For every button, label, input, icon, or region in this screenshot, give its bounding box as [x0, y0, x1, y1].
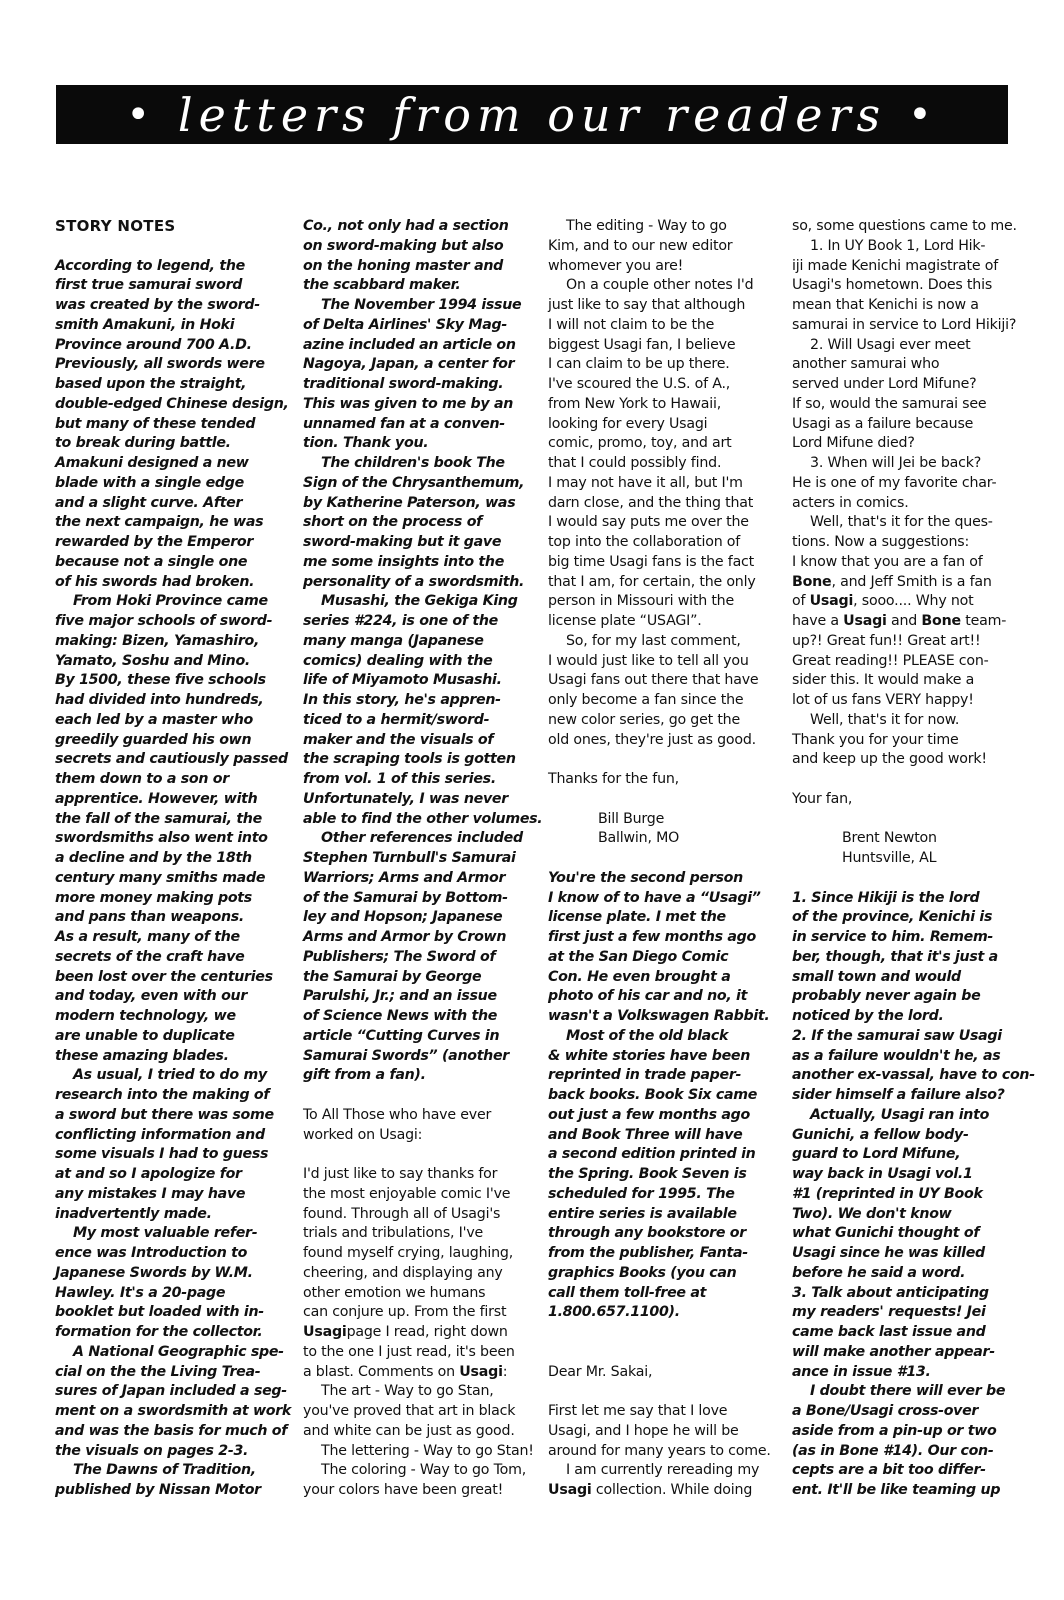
text-line: ence was Introduction to	[55, 1244, 291, 1264]
bold-text: Bone	[921, 613, 960, 629]
text-line: that I could possibly find.	[548, 454, 784, 474]
text-line: The coloring - Way to go Tom,	[303, 1461, 539, 1481]
text-line: sword-making but it gave	[303, 533, 539, 553]
text-line: Actually, Usagi ran into	[792, 1106, 1028, 1126]
text-line: ent. It'll be like teaming up	[792, 1481, 1028, 1501]
text-line: Province around 700 A.D.	[55, 336, 291, 356]
text-line: The children's book The	[303, 454, 539, 474]
text-line: any mistakes I may have	[55, 1185, 291, 1205]
text-line: trials and tribulations, I've	[303, 1224, 539, 1244]
text-line: Most of the old black	[548, 1027, 784, 1047]
text-line: Musashi, the Gekiga King	[303, 592, 539, 612]
text-line: the scraping tools is gotten	[303, 750, 539, 770]
bold-text: Usagi	[810, 593, 854, 609]
text-line: ley and Hopson; Japanese	[303, 908, 539, 928]
text-line: Parulshi, Jr.; and an issue	[303, 987, 539, 1007]
text-line: the visuals on pages 2-3.	[55, 1442, 291, 1462]
spacer	[548, 1323, 784, 1343]
text-line: and Book Three will have	[548, 1126, 784, 1146]
page-title: letters from our readers	[178, 88, 886, 142]
text-line: greedily guarded his own	[55, 731, 291, 751]
text-line: a second edition printed in	[548, 1145, 784, 1165]
text-line: some visuals I had to guess	[55, 1145, 291, 1165]
text-fragment: , and Jeff Smith is a fan	[831, 574, 991, 590]
text-line: Warriors; Arms and Armor	[303, 869, 539, 889]
story-notes-body: According to legend, thefirst true samur…	[55, 257, 291, 1501]
text-line: through any bookstore or	[548, 1224, 784, 1244]
text-line: to the one I just read, it's been	[303, 1343, 539, 1363]
text-line: Publishers; The Sword of	[303, 948, 539, 968]
text-line: and a slight curve. After	[55, 494, 291, 514]
text-line: the fall of the samurai, the	[55, 810, 291, 830]
text-line: you've proved that art in black	[303, 1402, 539, 1422]
text-line: Usagi as a failure because	[792, 415, 1028, 435]
text-line: on sword-making but also	[303, 237, 539, 257]
text-line: from vol. 1 of this series.	[303, 770, 539, 790]
text-line: I would just like to tell all you	[548, 652, 784, 672]
text-line: and was the basis for much of	[55, 1422, 291, 1442]
letter-2-body: First let me say that I loveUsagi, and I…	[548, 1402, 784, 1501]
text-line: Sign of the Chrysanthemum,	[303, 474, 539, 494]
text-line: Amakuni designed a new	[55, 454, 291, 474]
text-line: secrets and cautiously passed	[55, 750, 291, 770]
text-line: at the San Diego Comic	[548, 948, 784, 968]
text-line: your colors have been great!	[303, 1481, 539, 1501]
signature-location: Huntsville, AL	[792, 849, 1028, 869]
text-line: aside from a pin-up or two	[792, 1422, 1028, 1442]
page-title-banner: • letters from our readers •	[56, 85, 1008, 144]
text-line: Usagi collection. While doing	[548, 1481, 784, 1501]
spacer	[548, 1382, 784, 1402]
text-line: According to legend, the	[55, 257, 291, 277]
text-line: entire series is available	[548, 1205, 784, 1225]
text-line: modern technology, we	[55, 1007, 291, 1027]
text-line: blade with a single edge	[55, 474, 291, 494]
text-line: can conjure up. From the first	[303, 1303, 539, 1323]
text-line: Unfortunately, I was never	[303, 790, 539, 810]
text-line: I can claim to be up there.	[548, 355, 784, 375]
text-line: Stephen Turnbull's Samurai	[303, 849, 539, 869]
text-line: the next campaign, he was	[55, 513, 291, 533]
text-line: published by Nissan Motor	[55, 1481, 291, 1501]
text-line: and keep up the good work!	[792, 750, 1028, 770]
text-line: reprinted in trade paper-	[548, 1066, 784, 1086]
text-line: ber, though, that it's just a	[792, 948, 1028, 968]
text-line: was created by the sword-	[55, 296, 291, 316]
text-fragment: page I read, right down	[347, 1324, 508, 1340]
text-line: to break during battle.	[55, 434, 291, 454]
text-line: I'd just like to say thanks for	[303, 1165, 539, 1185]
spacer	[792, 810, 1028, 830]
text-line: If so, would the samurai see	[792, 395, 1028, 415]
text-line: The lettering - Way to go Stan!	[303, 1442, 539, 1462]
text-line: first just a few months ago	[548, 928, 784, 948]
text-line: will make another appear-	[792, 1343, 1028, 1363]
text-line: at and so I apologize for	[55, 1165, 291, 1185]
text-line: five major schools of sword-	[55, 612, 291, 632]
text-line: series #224, is one of the	[303, 612, 539, 632]
text-line: 3. Talk about anticipating	[792, 1284, 1028, 1304]
text-line: as a failure wouldn't he, as	[792, 1047, 1028, 1067]
text-line: 1.800.657.1100).	[548, 1303, 784, 1323]
text-line: I would say puts me over the	[548, 513, 784, 533]
text-line: license plate “USAGI”.	[548, 612, 784, 632]
column-4: so, some questions came to me.1. In UY B…	[792, 217, 1028, 1501]
text-line: so, some questions came to me.	[792, 217, 1028, 237]
letter-salutation: Dear Mr. Sakai,	[548, 1363, 784, 1383]
letter-salutation: To All Those who have ever	[303, 1106, 539, 1126]
text-line: around for many years to come.	[548, 1442, 784, 1462]
text-line: #1 (reprinted in UY Book	[792, 1185, 1028, 1205]
spacer	[548, 849, 784, 869]
text-line: This was given to me by an	[303, 395, 539, 415]
letter-closing: Your fan,	[792, 790, 1028, 810]
text-line: just like to say that although	[548, 296, 784, 316]
text-line: By 1500, these five schools	[55, 671, 291, 691]
text-line: Usagi since he was killed	[792, 1244, 1028, 1264]
text-line: sider this. It would make a	[792, 671, 1028, 691]
text-line: Great reading!! PLEASE con-	[792, 652, 1028, 672]
text-line: Usagi fans out there that have	[548, 671, 784, 691]
text-line: sider himself a failure also?	[792, 1086, 1028, 1106]
text-line: darn close, and the thing that	[548, 494, 784, 514]
editor-reply-1: You're the second personI know of to hav…	[548, 869, 784, 1323]
letter-1-body: I'd just like to say thanks forthe most …	[303, 1165, 539, 1501]
text-line: iji made Kenichi magistrate of	[792, 257, 1028, 277]
text-line: From Hoki Province came	[55, 592, 291, 612]
text-line: I am currently rereading my	[548, 1461, 784, 1481]
text-line: license plate. I met the	[548, 908, 784, 928]
text-line: My most valuable refer-	[55, 1224, 291, 1244]
text-line: cheering, and displaying any	[303, 1264, 539, 1284]
text-line: more money making pots	[55, 889, 291, 909]
text-line: As usual, I tried to do my	[55, 1066, 291, 1086]
text-line: of his swords had broken.	[55, 573, 291, 593]
text-line: before he said a word.	[792, 1264, 1028, 1284]
text-line: Other references included	[303, 829, 539, 849]
signature-name: Brent Newton	[792, 829, 1028, 849]
text-line: are unable to duplicate	[55, 1027, 291, 1047]
bold-text: Bone	[792, 574, 831, 590]
text-line: article “Cutting Curves in	[303, 1027, 539, 1047]
text-line: First let me say that I love	[548, 1402, 784, 1422]
text-line: based upon the straight,	[55, 375, 291, 395]
text-line: acters in comics.	[792, 494, 1028, 514]
text-line: old ones, they're just as good.	[548, 731, 784, 751]
text-line: lot of us fans VERY happy!	[792, 691, 1028, 711]
text-line: by Katherine Paterson, was	[303, 494, 539, 514]
text-fragment: of	[792, 593, 810, 609]
text-line: As a result, many of the	[55, 928, 291, 948]
text-line: samurai in service to Lord Hikiji?	[792, 316, 1028, 336]
text-line: ment on a swordsmith at work	[55, 1402, 291, 1422]
text-line: I doubt there will ever be	[792, 1382, 1028, 1402]
text-line: In this story, he's appren-	[303, 691, 539, 711]
text-line: that I am, for certain, the only	[548, 573, 784, 593]
text-line: graphics Books (you can	[548, 1264, 784, 1284]
text-line: I've scoured the U.S. of A.,	[548, 375, 784, 395]
text-line: sures of Japan included a seg-	[55, 1382, 291, 1402]
bold-text: Usagi	[548, 1482, 592, 1498]
letter-closing: Thanks for the fun,	[548, 770, 784, 790]
text-line: and pans than weapons.	[55, 908, 291, 928]
text-line: mean that Kenichi is now a	[792, 296, 1028, 316]
text-line: traditional sword-making.	[303, 375, 539, 395]
text-line: Arms and Armor by Crown	[303, 928, 539, 948]
text-line: the Spring. Book Seven is	[548, 1165, 784, 1185]
text-line: another samurai who	[792, 355, 1028, 375]
text-line: research into the making of	[55, 1086, 291, 1106]
text-line: century many smiths made	[55, 869, 291, 889]
text-line: and today, even with our	[55, 987, 291, 1007]
text-line: cepts are a bit too differ-	[792, 1461, 1028, 1481]
text-line: in service to him. Remem-	[792, 928, 1028, 948]
text-line: Nagoya, Japan, a center for	[303, 355, 539, 375]
letter-1-continued: The editing - Way to goKim, and to our n…	[548, 217, 784, 750]
signature-name: Bill Burge	[548, 810, 784, 830]
spacer	[548, 1343, 784, 1363]
text-line: person in Missouri with the	[548, 592, 784, 612]
text-fragment: have a	[792, 613, 843, 629]
text-line: me some insights into the	[303, 553, 539, 573]
text-line: azine included an article on	[303, 336, 539, 356]
text-line: the Samurai by George	[303, 968, 539, 988]
text-line: because not a single one	[55, 553, 291, 573]
text-line: conflicting information and	[55, 1126, 291, 1146]
text-line: secrets of the craft have	[55, 948, 291, 968]
text-line: Samurai Swords” (another	[303, 1047, 539, 1067]
text-line: photo of his car and no, it	[548, 987, 784, 1007]
text-line: You're the second person	[548, 869, 784, 889]
text-line: So, for my last comment,	[548, 632, 784, 652]
column-2: Co., not only had a sectionon sword-maki…	[303, 217, 539, 1501]
text-line: tion. Thank you.	[303, 434, 539, 454]
column-3: The editing - Way to goKim, and to our n…	[548, 217, 784, 1501]
text-line: comics) dealing with the	[303, 652, 539, 672]
spacer	[303, 1086, 539, 1106]
text-fragment: , sooo.... Why not	[853, 593, 973, 609]
text-line: Well, that's it for the ques-	[792, 513, 1028, 533]
text-line: of Usagi, sooo.... Why not	[792, 592, 1028, 612]
text-line: I may not have it all, but I'm	[548, 474, 784, 494]
text-line: a blast. Comments on Usagi:	[303, 1363, 539, 1383]
text-line: I know that you are a fan of	[792, 553, 1028, 573]
text-line: (as in Bone #14). Our con-	[792, 1442, 1028, 1462]
text-line: way back in Usagi vol.1	[792, 1165, 1028, 1185]
text-line: The art - Way to go Stan,	[303, 1382, 539, 1402]
spacer	[548, 790, 784, 810]
text-line: of Science News with the	[303, 1007, 539, 1027]
spacer	[303, 1145, 539, 1165]
text-line: rewarded by the Emperor	[55, 533, 291, 553]
spacer	[792, 869, 1028, 889]
text-line: smith Amakuni, in Hoki	[55, 316, 291, 336]
text-line: looking for every Usagi	[548, 415, 784, 435]
text-line: a sword but there was some	[55, 1106, 291, 1126]
text-line: apprentice. However, with	[55, 790, 291, 810]
text-line: served under Lord Mifune?	[792, 375, 1028, 395]
text-line: came back last issue and	[792, 1323, 1028, 1343]
text-line: The Dawns of Tradition,	[55, 1461, 291, 1481]
text-line: Usagi's hometown. Does this	[792, 276, 1028, 296]
text-line: each led by a master who	[55, 711, 291, 731]
text-line: wasn't a Volkswagen Rabbit.	[548, 1007, 784, 1027]
text-line: short on the process of	[303, 513, 539, 533]
letter-2-continued: so, some questions came to me.1. In UY B…	[792, 217, 1028, 770]
text-line: top into the collaboration of	[548, 533, 784, 553]
column-1: STORY NOTES According to legend, thefirs…	[55, 217, 291, 1501]
spacer	[792, 770, 1028, 790]
text-line: Co., not only had a section	[303, 217, 539, 237]
text-line: been lost over the centuries	[55, 968, 291, 988]
text-line: unnamed fan at a conven-	[303, 415, 539, 435]
bold-text: Usagi	[459, 1364, 503, 1380]
bold-text: Usagi	[303, 1324, 347, 1340]
text-line: on the honing master and	[303, 257, 539, 277]
text-line: swordsmiths also went into	[55, 829, 291, 849]
text-line: I know of to have a “Usagi”	[548, 889, 784, 909]
text-line: 1. In UY Book 1, Lord Hik-	[792, 237, 1028, 257]
text-line: small town and would	[792, 968, 1028, 988]
text-line: found. Through all of Usagi's	[303, 1205, 539, 1225]
text-line: call them toll-free at	[548, 1284, 784, 1304]
text-line: Well, that's it for now.	[792, 711, 1028, 731]
text-line: comic, promo, toy, and art	[548, 434, 784, 454]
section-heading: STORY NOTES	[55, 217, 291, 237]
text-line: have a Usagi and Bone team-	[792, 612, 1028, 632]
text-line: booklet but loaded with in-	[55, 1303, 291, 1323]
text-line: a decline and by the 18th	[55, 849, 291, 869]
text-line: of the Samurai by Bottom-	[303, 889, 539, 909]
text-line: 2. If the samurai saw Usagi	[792, 1027, 1028, 1047]
text-line: up?! Great fun!! Great art!!	[792, 632, 1028, 652]
text-line: of Delta Airlines' Sky Mag-	[303, 316, 539, 336]
text-line: Usagipage I read, right down	[303, 1323, 539, 1343]
bullet-icon: •	[908, 92, 938, 138]
text-line: On a couple other notes I'd	[548, 276, 784, 296]
letter-salutation-2: worked on Usagi:	[303, 1126, 539, 1146]
text-line: the scabbard maker.	[303, 276, 539, 296]
text-line: Bone, and Jeff Smith is a fan	[792, 573, 1028, 593]
text-line: out just a few months ago	[548, 1106, 784, 1126]
text-line: 3. When will Jei be back?	[792, 454, 1028, 474]
text-line: Kim, and to our new editor	[548, 237, 784, 257]
text-line: 1. Since Hikiji is the lord	[792, 889, 1028, 909]
text-line: tions. Now a suggestions:	[792, 533, 1028, 553]
text-line: formation for the collector.	[55, 1323, 291, 1343]
text-line: Japanese Swords by W.M.	[55, 1264, 291, 1284]
text-line: gift from a fan).	[303, 1066, 539, 1086]
text-line: Hawley. It's a 20-page	[55, 1284, 291, 1304]
text-line: & white stories have been	[548, 1047, 784, 1067]
text-line: Two). We don't know	[792, 1205, 1028, 1225]
text-line: Con. He even brought a	[548, 968, 784, 988]
text-fragment: and	[887, 613, 922, 629]
text-line: Previously, all swords were	[55, 355, 291, 375]
text-line: other emotion we humans	[303, 1284, 539, 1304]
text-line: big time Usagi fans is the fact	[548, 553, 784, 573]
text-line: maker and the visuals of	[303, 731, 539, 751]
text-line: guard to Lord Mifune,	[792, 1145, 1028, 1165]
bold-text: Usagi	[843, 613, 887, 629]
text-line: 2. Will Usagi ever meet	[792, 336, 1028, 356]
text-line: inadvertently made.	[55, 1205, 291, 1225]
text-line: scheduled for 1995. The	[548, 1185, 784, 1205]
signature-location: Ballwin, MO	[548, 829, 784, 849]
text-line: back books. Book Six came	[548, 1086, 784, 1106]
text-line: of the province, Kenichi is	[792, 908, 1028, 928]
text-line: new color series, go get the	[548, 711, 784, 731]
text-line: Gunichi, a fellow body-	[792, 1126, 1028, 1146]
text-line: Usagi, and I hope he will be	[548, 1422, 784, 1442]
text-line: whomever you are!	[548, 257, 784, 277]
text-line: Lord Mifune died?	[792, 434, 1028, 454]
text-line: ance in issue #13.	[792, 1363, 1028, 1383]
text-line: many manga (Japanese	[303, 632, 539, 652]
story-notes-continued: Co., not only had a sectionon sword-maki…	[303, 217, 539, 1086]
text-line: and white can be just as good.	[303, 1422, 539, 1442]
text-line: had divided into hundreds,	[55, 691, 291, 711]
text-line: life of Miyamoto Musashi.	[303, 671, 539, 691]
text-line: The editing - Way to go	[548, 217, 784, 237]
text-line: another ex-vassal, have to con-	[792, 1066, 1028, 1086]
spacer	[548, 750, 784, 770]
text-line: noticed by the lord.	[792, 1007, 1028, 1027]
text-line: making: Bizen, Yamashiro,	[55, 632, 291, 652]
text-fragment: a blast. Comments on	[303, 1364, 459, 1380]
text-line: found myself crying, laughing,	[303, 1244, 539, 1264]
text-line: biggest Usagi fan, I believe	[548, 336, 784, 356]
text-line: ticed to a hermit/sword-	[303, 711, 539, 731]
text-line: my readers' requests! Jei	[792, 1303, 1028, 1323]
text-line: these amazing blades.	[55, 1047, 291, 1067]
text-line: double-edged Chinese design,	[55, 395, 291, 415]
text-line: them down to a son or	[55, 770, 291, 790]
text-line: Yamato, Soshu and Mino.	[55, 652, 291, 672]
text-fragment: collection. While doing	[592, 1482, 753, 1498]
text-line: able to find the other volumes.	[303, 810, 539, 830]
text-line: A National Geographic spe-	[55, 1343, 291, 1363]
text-fragment: team-	[961, 613, 1006, 629]
bullet-icon: •	[126, 92, 156, 138]
text-line: The November 1994 issue	[303, 296, 539, 316]
text-line: personality of a swordsmith.	[303, 573, 539, 593]
editor-reply-2: 1. Since Hikiji is the lordof the provin…	[792, 889, 1028, 1501]
text-line: only become a fan since the	[548, 691, 784, 711]
text-line: the most enjoyable comic I've	[303, 1185, 539, 1205]
text-line: from the publisher, Fanta-	[548, 1244, 784, 1264]
text-line: a Bone/Usagi cross-over	[792, 1402, 1028, 1422]
text-line: what Gunichi thought of	[792, 1224, 1028, 1244]
text-line: probably never again be	[792, 987, 1028, 1007]
text-line: cial on the the Living Trea-	[55, 1363, 291, 1383]
text-line: but many of these tended	[55, 415, 291, 435]
text-line: I will not claim to be the	[548, 316, 784, 336]
text-line: Thank you for your time	[792, 731, 1028, 751]
text-line: He is one of my favorite char-	[792, 474, 1028, 494]
text-line: first true samurai sword	[55, 276, 291, 296]
spacer	[55, 237, 291, 257]
text-fragment: :	[503, 1364, 508, 1380]
text-line: from New York to Hawaii,	[548, 395, 784, 415]
